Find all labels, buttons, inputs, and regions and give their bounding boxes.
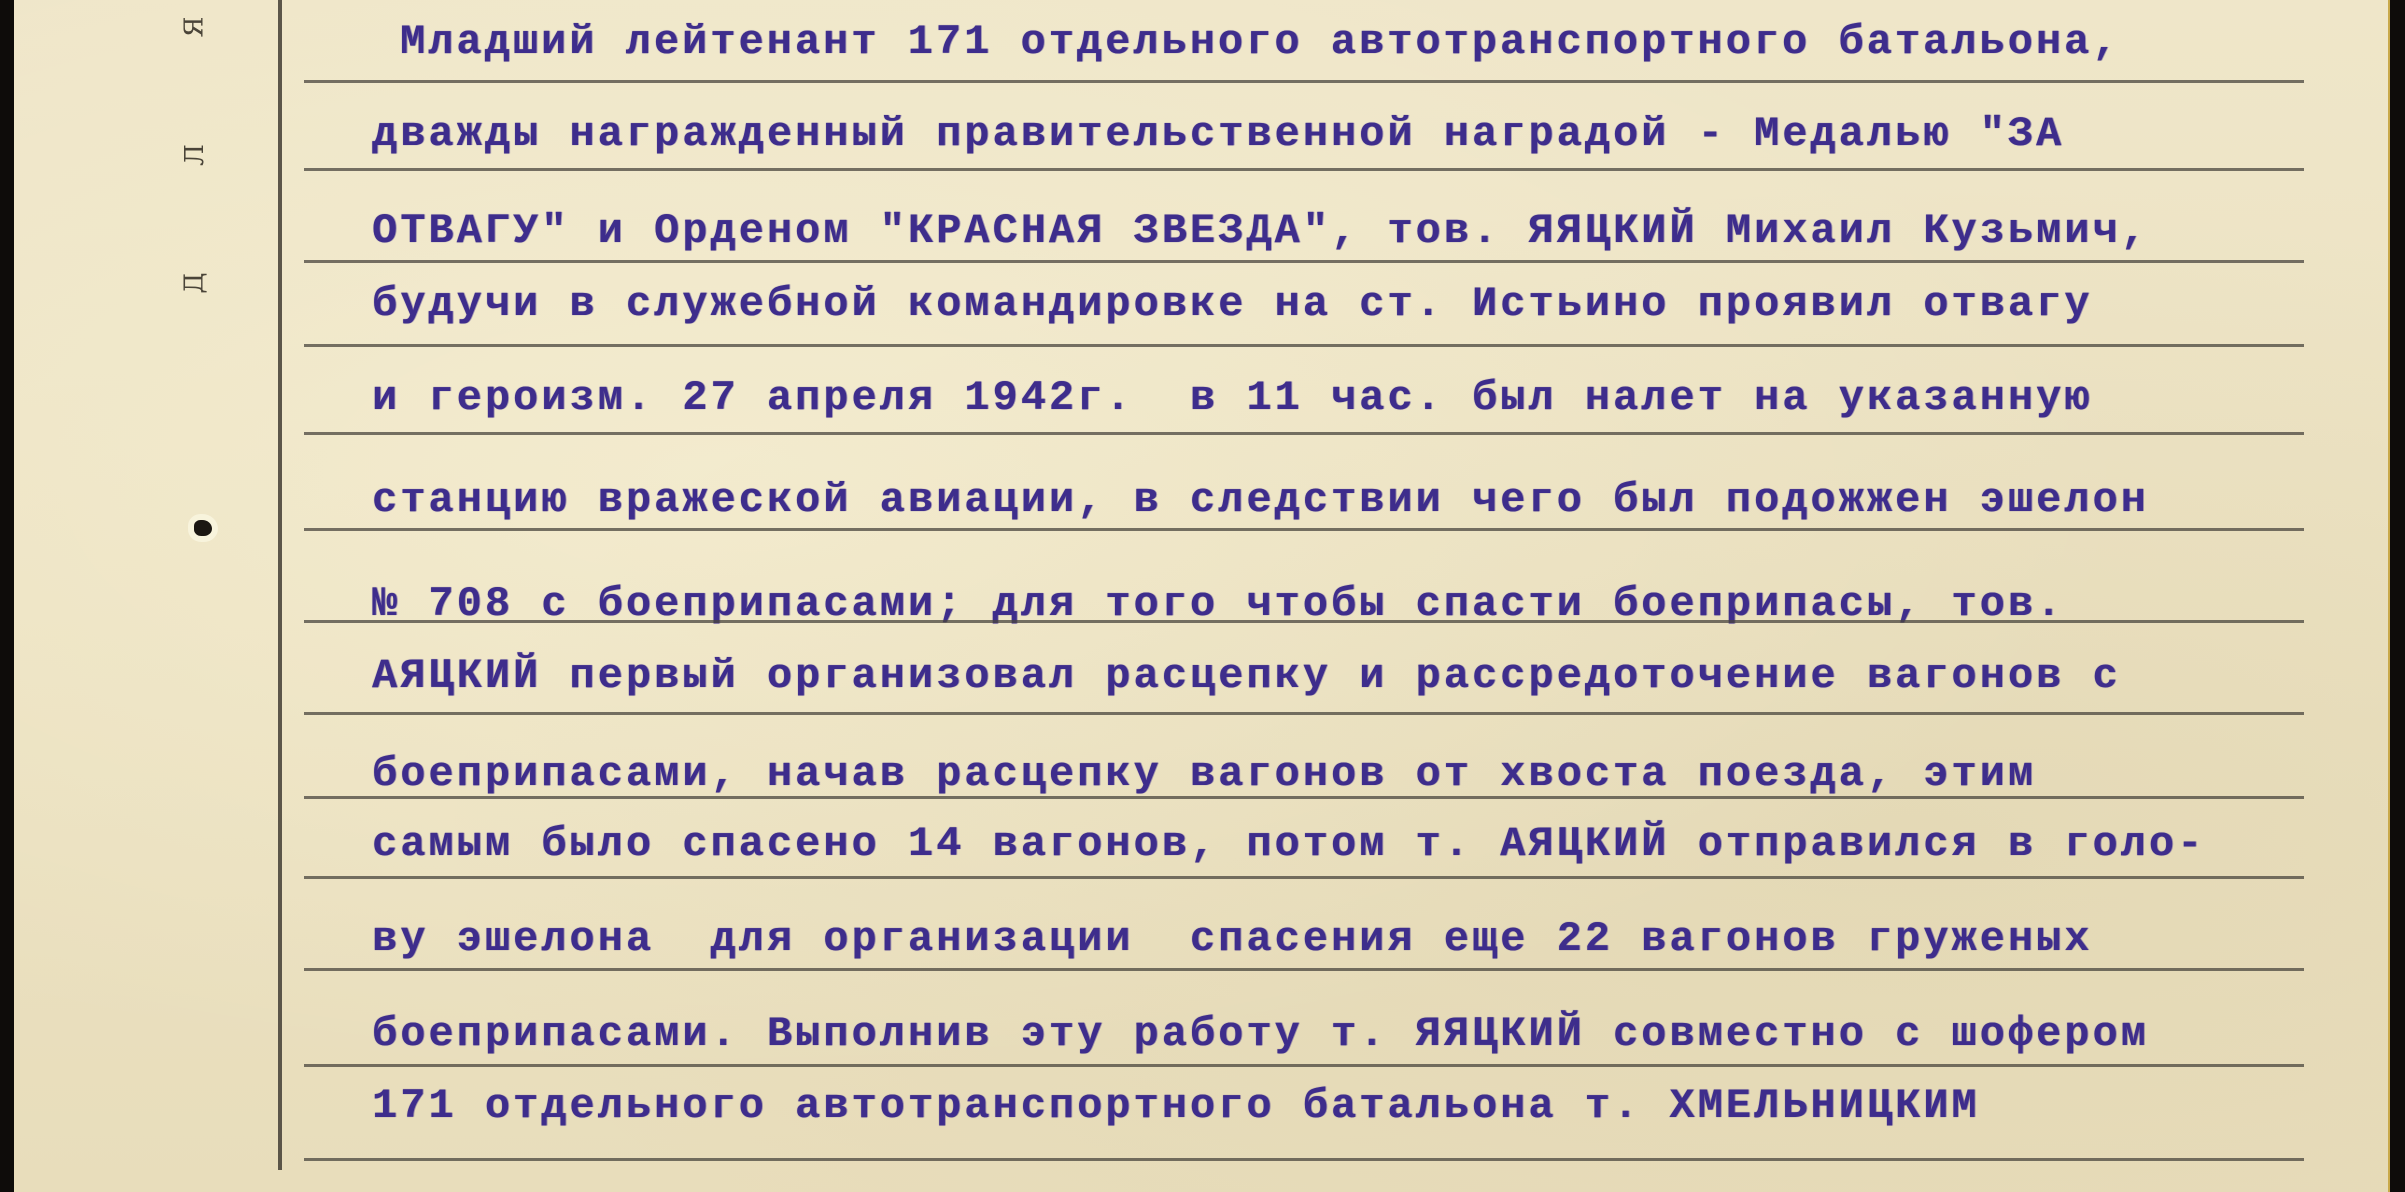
text-line: ву эшелона для организации спасения еще … <box>372 915 2092 963</box>
ruled-line <box>304 260 2304 263</box>
margin-letter: Д <box>180 272 210 293</box>
document-page: Я Л Д Младший лейтенант 171 отдельного а… <box>14 0 2390 1192</box>
margin-rule <box>278 0 282 1170</box>
ruled-line <box>304 712 2304 715</box>
text-line: ОТВАГУ" и Орденом "КРАСНАЯ ЗВЕЗДА", тов.… <box>372 207 2149 255</box>
ruled-line <box>304 80 2304 83</box>
text-line: боеприпасами, начав расцепку вагонов от … <box>372 750 2036 798</box>
margin-letter: Я <box>180 17 210 38</box>
text-line: АЯЦКИЙ первый организовал расцепку и рас… <box>372 652 2121 700</box>
text-line: станцию вражеской авиации, в следствии ч… <box>372 476 2149 524</box>
ruled-line <box>304 1158 2304 1161</box>
typed-text-body: Младший лейтенант 171 отдельного автотра… <box>304 0 2364 1192</box>
ruled-line <box>304 168 2304 171</box>
text-line: будучи в служебной командировке на ст. И… <box>372 280 2092 328</box>
ruled-line <box>304 968 2304 971</box>
text-line: и героизм. 27 апреля 1942г. в 11 час. бы… <box>372 374 2092 422</box>
ruled-line <box>304 796 2304 799</box>
left-margin: Я Л Д <box>14 0 276 1192</box>
text-line: Младший лейтенант 171 отдельного автотра… <box>400 18 2120 66</box>
margin-letter: Л <box>180 144 210 166</box>
ruled-line <box>304 620 2304 623</box>
ruled-line <box>304 1064 2304 1067</box>
text-line: дважды награжденный правительственной на… <box>372 110 2064 158</box>
text-line: 171 отдельного автотранспортного батальо… <box>372 1082 1980 1130</box>
ruled-line <box>304 528 2304 531</box>
text-line: самым было спасено 14 вагонов, потом т. … <box>372 820 2205 868</box>
ruled-line <box>304 432 2304 435</box>
ruled-line <box>304 344 2304 347</box>
ruled-line <box>304 876 2304 879</box>
punch-hole <box>194 520 212 536</box>
text-line: боеприпасами. Выполнив эту работу т. ЯЯЦ… <box>372 1010 2149 1058</box>
